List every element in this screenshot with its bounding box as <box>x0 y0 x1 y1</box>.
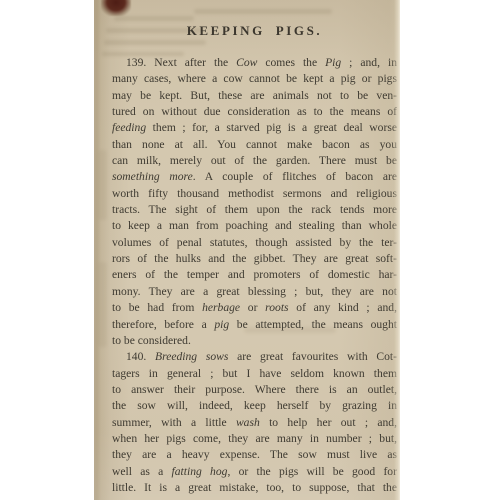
text-run: . A couple of flitches of bacon are <box>193 170 397 183</box>
text-line: little. It is a great mistake, too, to s… <box>112 480 397 496</box>
text-run: when her pigs come, they are many in num… <box>112 432 397 445</box>
italic-text-run: fatting hog <box>172 465 228 478</box>
text-run: 139. Next after the <box>126 56 236 69</box>
italic-text-run: herbage <box>202 301 240 314</box>
text-line: well as a fatting hog, or the pigs will … <box>112 464 397 480</box>
text-run: them ; for, a starved pig is a great dea… <box>146 121 397 134</box>
text-line: summer, with a little wash to help her o… <box>112 415 397 431</box>
text-run: , or the pigs will be good for <box>227 465 397 478</box>
text-line: 140. Breeding sows are great favourites … <box>112 349 397 365</box>
text-line: they are a heavy expense. The sow must l… <box>112 447 397 463</box>
text-line: tagers in general ; but I have seldom kn… <box>112 366 397 382</box>
text-run: little. It is a great mistake, too, to s… <box>112 481 397 494</box>
text-line: than none at all. You cannot make bacon … <box>112 137 397 153</box>
corner-stain <box>101 0 131 16</box>
text-run: tracts. The sight of them upon the rack … <box>112 203 397 216</box>
text-run: to be considered. <box>112 334 191 347</box>
text-run: the sow will, indeed, keep herself by gr… <box>112 399 397 412</box>
italic-text-run: pig <box>214 318 229 331</box>
text-run: summer, with a little <box>112 416 236 429</box>
text-run: can milk, merely out of the garden. Ther… <box>112 154 397 167</box>
text-line: can milk, merely out of the garden. Ther… <box>112 153 397 169</box>
italic-text-run: Cow <box>236 56 257 69</box>
text-run: comes the <box>257 56 325 69</box>
text-run: of any kind ; and, <box>289 301 397 314</box>
text-line: mony. They are a great blessing ; but, t… <box>112 284 397 300</box>
text-line: rors of the hulks and the gibbet. They a… <box>112 251 397 267</box>
text-line: to be considered. <box>112 333 397 349</box>
text-run: ; and, in <box>341 56 397 69</box>
text-run: many cases, where a cow cannot be kept a… <box>112 72 397 85</box>
text-run: rors of the hulks and the gibbet. They a… <box>112 252 397 265</box>
text-run: to answer their purpose. Where there is … <box>112 383 397 396</box>
text-line: the sow will, indeed, keep herself by gr… <box>112 398 397 414</box>
text-line: to keep a man from poaching and stealing… <box>112 218 397 234</box>
text-run: eners of the temper and promoters of dom… <box>112 268 397 281</box>
text-run: or <box>240 301 265 314</box>
text-run: they are a heavy expense. The sow must l… <box>112 448 397 461</box>
body-text: 139. Next after the Cow comes the Pig ; … <box>112 55 397 496</box>
text-line: something more. A couple of flitches of … <box>112 169 397 185</box>
text-run: to keep a man from poaching and stealing… <box>112 219 397 232</box>
text-line: to answer their purpose. Where there is … <box>112 382 397 398</box>
text-line: eners of the temper and promoters of dom… <box>112 267 397 283</box>
text-line: may be kept. But, these are animals not … <box>112 88 397 104</box>
italic-text-run: something more <box>112 170 193 183</box>
showthrough-smudge <box>104 40 206 45</box>
text-run: are great favourites with Cot- <box>228 350 397 363</box>
italic-text-run: roots <box>265 301 288 314</box>
text-line: worth fifty thousand methodist sermons a… <box>112 186 397 202</box>
text-line: feeding them ; for, a starved pig is a g… <box>112 120 397 136</box>
text-run: tagers in general ; but I have seldom kn… <box>112 367 397 380</box>
italic-text-run: wash <box>236 416 260 429</box>
text-run: well as a <box>112 465 172 478</box>
italic-text-run: Breeding sows <box>155 350 228 363</box>
text-run: volumes of penal statutes, though assist… <box>112 236 397 249</box>
text-run: therefore, before a <box>112 318 214 331</box>
text-line: volumes of penal statutes, though assist… <box>112 235 397 251</box>
showthrough-smudge <box>98 150 107 220</box>
text-line: 139. Next after the Cow comes the Pig ; … <box>112 55 397 71</box>
text-line: tured on without due consideration as to… <box>112 104 397 120</box>
text-run: tured on without due consideration as to… <box>112 105 397 118</box>
showthrough-smudge <box>114 16 194 21</box>
text-run: mony. They are a great blessing ; but, t… <box>112 285 397 298</box>
italic-text-run: Pig <box>325 56 341 69</box>
text-line: therefore, before a pig be attempted, th… <box>112 317 397 333</box>
showthrough-smudge <box>98 262 107 347</box>
text-run: to be had from <box>112 301 202 314</box>
text-run: than none at all. You cannot make bacon … <box>112 138 397 151</box>
book-page: KEEPING PIGS. 139. Next after the Cow co… <box>94 0 400 500</box>
text-line: many cases, where a cow cannot be kept a… <box>112 71 397 87</box>
text-line: to be had from herbage or roots of any k… <box>112 300 397 316</box>
text-run: 140. <box>126 350 155 363</box>
text-run: be attempted, the means ought <box>229 318 397 331</box>
text-run: to help her out ; and, <box>260 416 397 429</box>
italic-text-run: feeding <box>112 121 146 134</box>
page-heading: KEEPING PIGS. <box>112 24 397 38</box>
text-run: worth fifty thousand methodist sermons a… <box>112 187 397 200</box>
text-run: may be kept. But, these are animals not … <box>112 89 397 102</box>
showthrough-smudge <box>194 9 332 14</box>
text-line: when her pigs come, they are many in num… <box>112 431 397 447</box>
text-line: tracts. The sight of them upon the rack … <box>112 202 397 218</box>
